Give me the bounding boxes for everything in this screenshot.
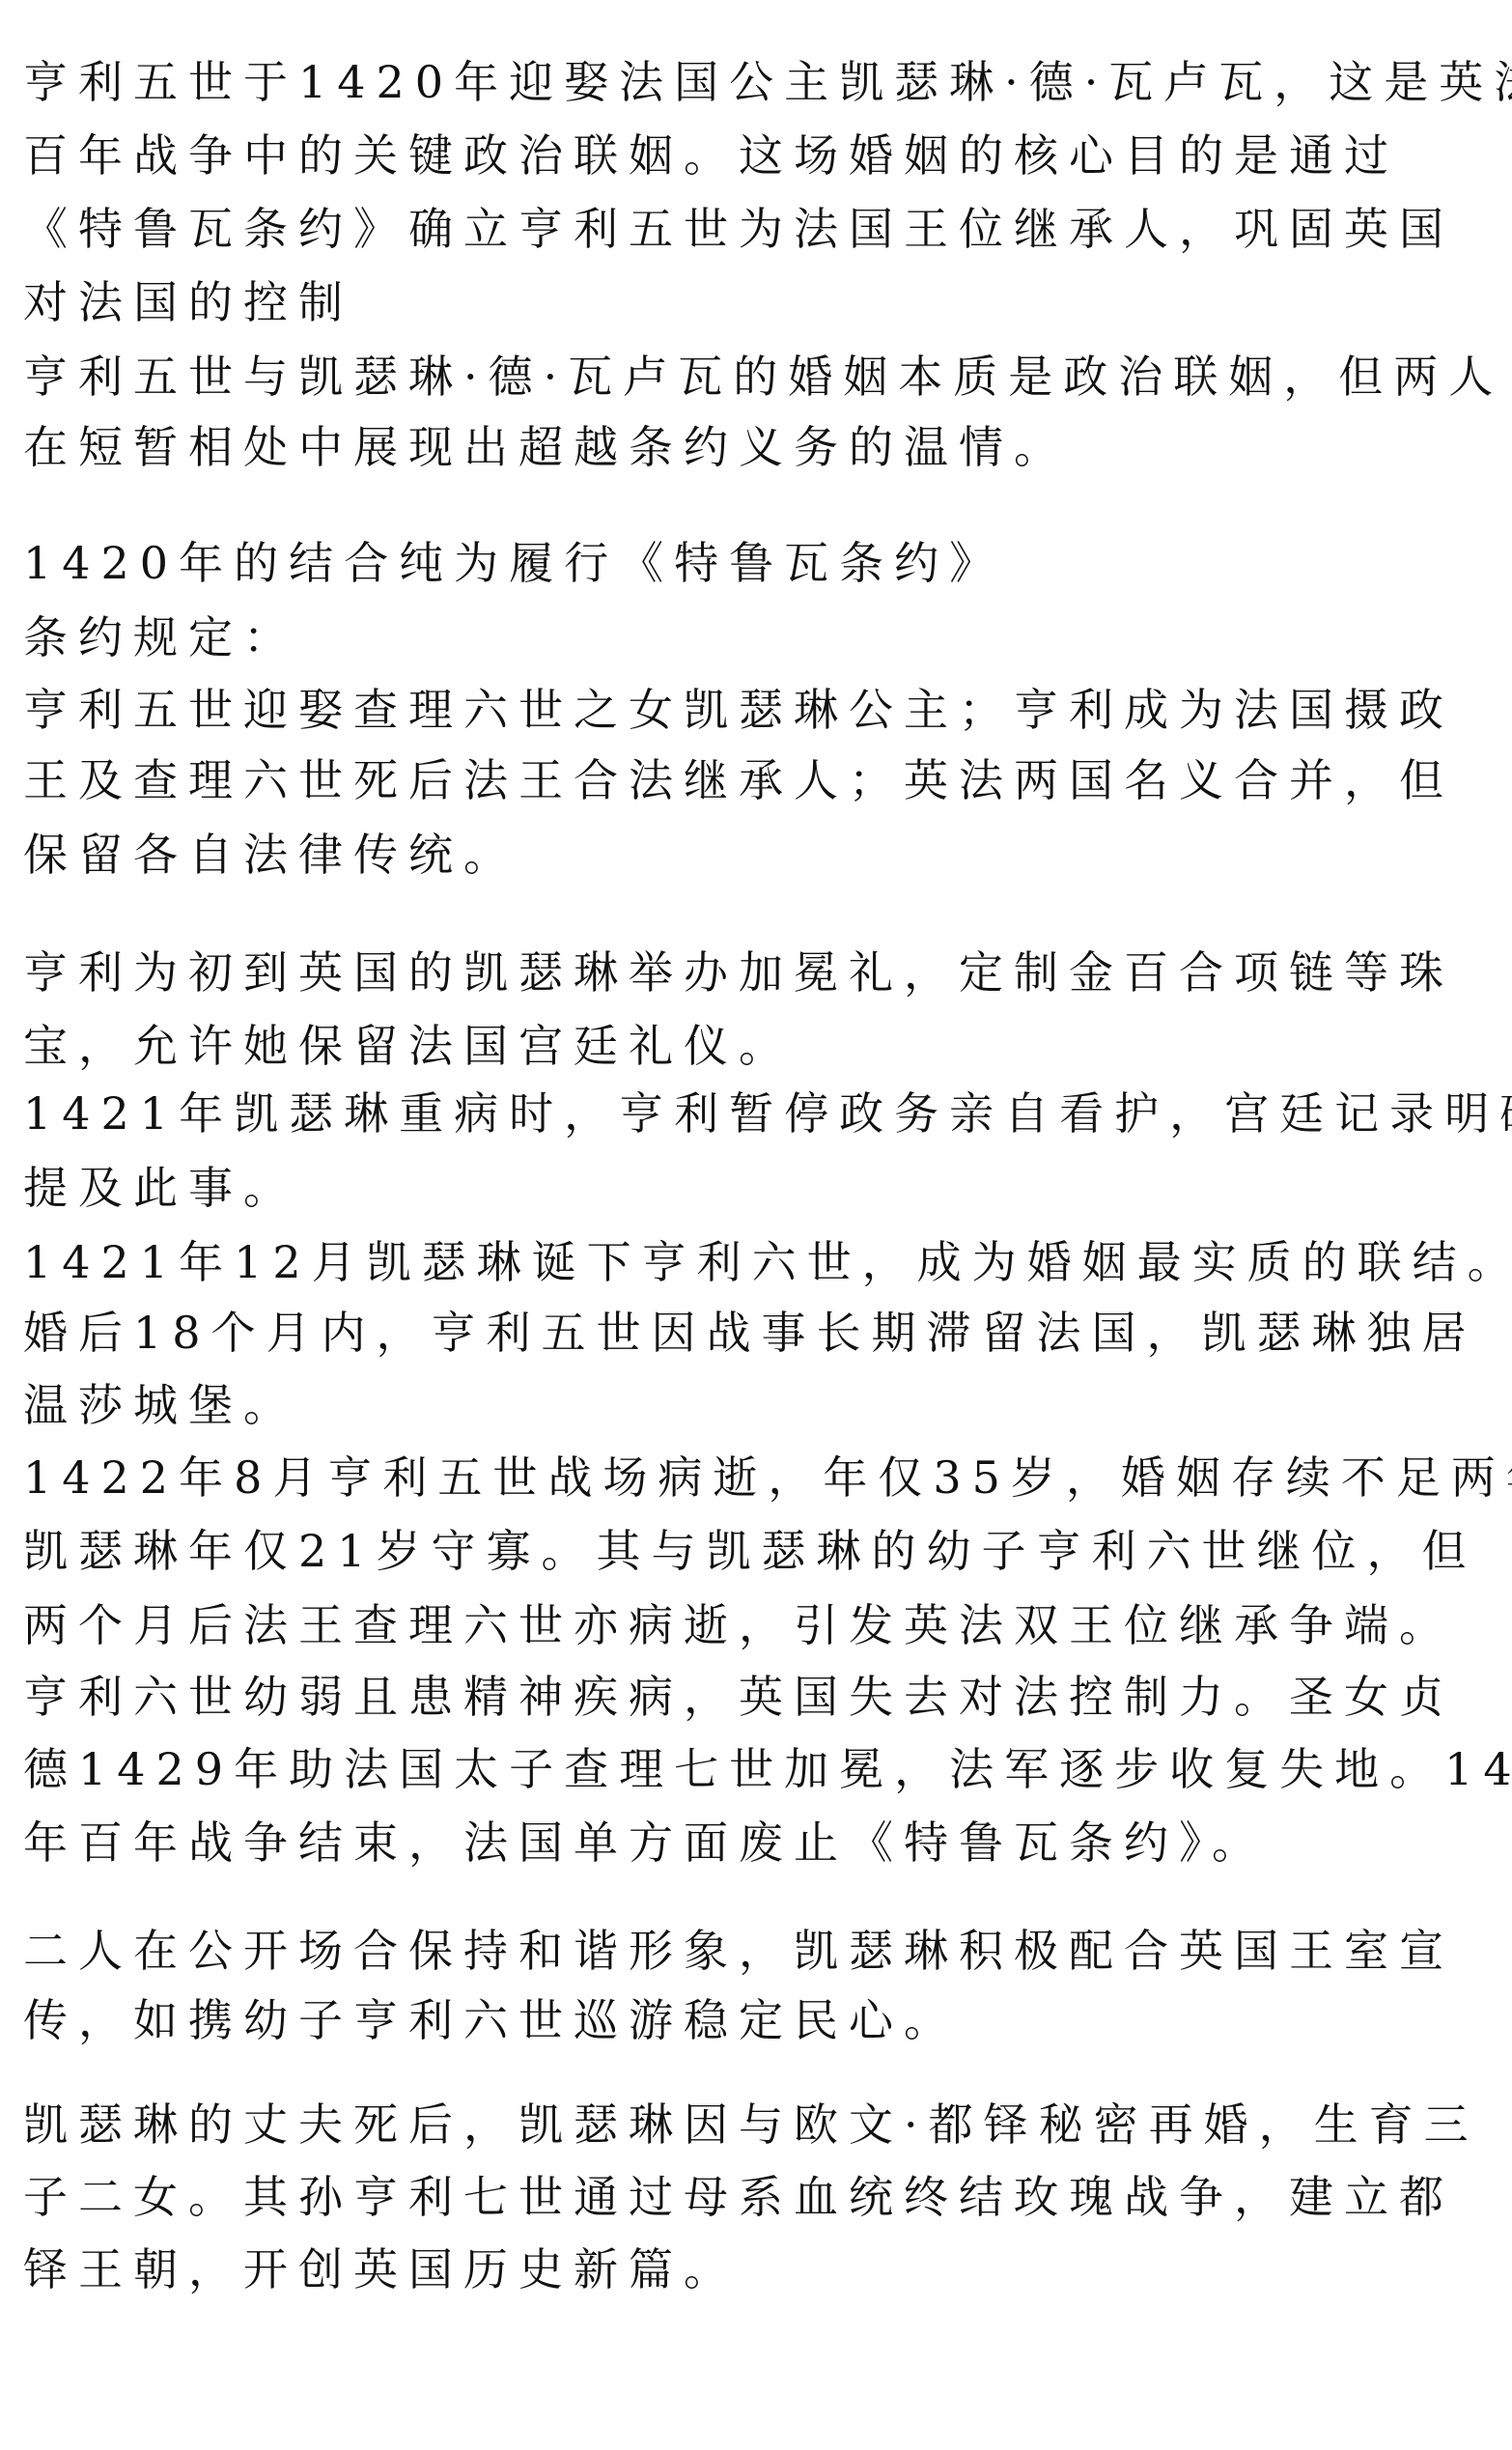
text-line: 德1429年助法国太子查理七世加冕，法军逐步收复失地。1453 bbox=[23, 1732, 1512, 1806]
text-line: 1422年8月亨利五世战场病逝，年仅35岁，婚姻存续不足两年， bbox=[23, 1441, 1512, 1514]
text-line: 亨利六世幼弱且患精神疾病，英国失去对法控制力。圣女贞 bbox=[23, 1660, 1454, 1733]
text-line: 铎王朝，开创英国历史新篇。 bbox=[23, 2233, 739, 2306]
text-line: 《特鲁瓦条约》确立亨利五世为法国王位继承人，巩固英国 bbox=[23, 192, 1454, 266]
text-line: 提及此事。 bbox=[23, 1151, 298, 1225]
text-line: 1420年的结合纯为履行《特鲁瓦条约》 bbox=[23, 526, 1004, 600]
handwritten-document-page: 亨利五世于1420年迎娶法国公主凯瑟琳·德·瓦卢瓦，这是英法 百年战争中的关键政… bbox=[0, 0, 1512, 2450]
text-line: 保留各自法律传统。 bbox=[23, 818, 518, 891]
text-line: 子二女。其孙亨利七世通过母系血统终结玫瑰战争，建立都 bbox=[23, 2160, 1454, 2234]
text-line: 1421年12月凯瑟琳诞下亨利六世，成为婚姻最实质的联结。 bbox=[23, 1225, 1512, 1299]
text-line: 宝，允许她保留法国宫廷礼仪。 bbox=[23, 1009, 794, 1083]
text-line: 亨利为初到英国的凯瑟琳举办加冕礼，定制金百合项链等珠 bbox=[23, 936, 1454, 1009]
text-line: 条约规定： bbox=[23, 601, 298, 674]
text-line: 温莎城堡。 bbox=[23, 1368, 298, 1442]
text-line: 凯瑟琳的丈夫死后，凯瑟琳因与欧文·都铎秘密再婚，生育三 bbox=[23, 2088, 1479, 2161]
text-line: 二人在公开场合保持和谐形象，凯瑟琳积极配合英国王室宣 bbox=[23, 1914, 1454, 1987]
text-line: 亨利五世于1420年迎娶法国公主凯瑟琳·德·瓦卢瓦，这是英法 bbox=[23, 45, 1512, 119]
text-line: 传，如携幼子亨利六世巡游稳定民心。 bbox=[23, 1984, 959, 2057]
text-line: 凯瑟琳年仅21岁守寡。其与凯瑟琳的幼子亨利六世继位，但 bbox=[23, 1514, 1477, 1588]
text-line: 两个月后法王查理六世亦病逝，引发英法双王位继承争端。 bbox=[23, 1589, 1454, 1662]
text-line: 亨利五世迎娶查理六世之女凯瑟琳公主；亨利成为法国摄政 bbox=[23, 673, 1454, 746]
text-line: 1421年凯瑟琳重病时，亨利暂停政务亲自看护，宫廷记录明确 bbox=[23, 1077, 1512, 1150]
text-line: 年百年战争结束，法国单方面废止《特鲁瓦条约》。 bbox=[23, 1806, 1267, 1879]
text-line: 对法国的控制 bbox=[23, 266, 353, 339]
text-line: 婚后18个月内，亨利五世因战事长期滞留法国，凯瑟琳独居 bbox=[23, 1296, 1477, 1369]
text-line: 亨利五世与凯瑟琳·德·瓦卢瓦的婚姻本质是政治联姻，但两人 bbox=[23, 340, 1503, 413]
text-line: 王及查理六世死后法王合法继承人；英法两国名义合并，但 bbox=[23, 744, 1454, 817]
text-line: 在短暂相处中展现出超越条约义务的温情。 bbox=[23, 410, 1069, 484]
text-line: 百年战争中的关键政治联姻。这场婚姻的核心目的是通过 bbox=[23, 119, 1399, 192]
